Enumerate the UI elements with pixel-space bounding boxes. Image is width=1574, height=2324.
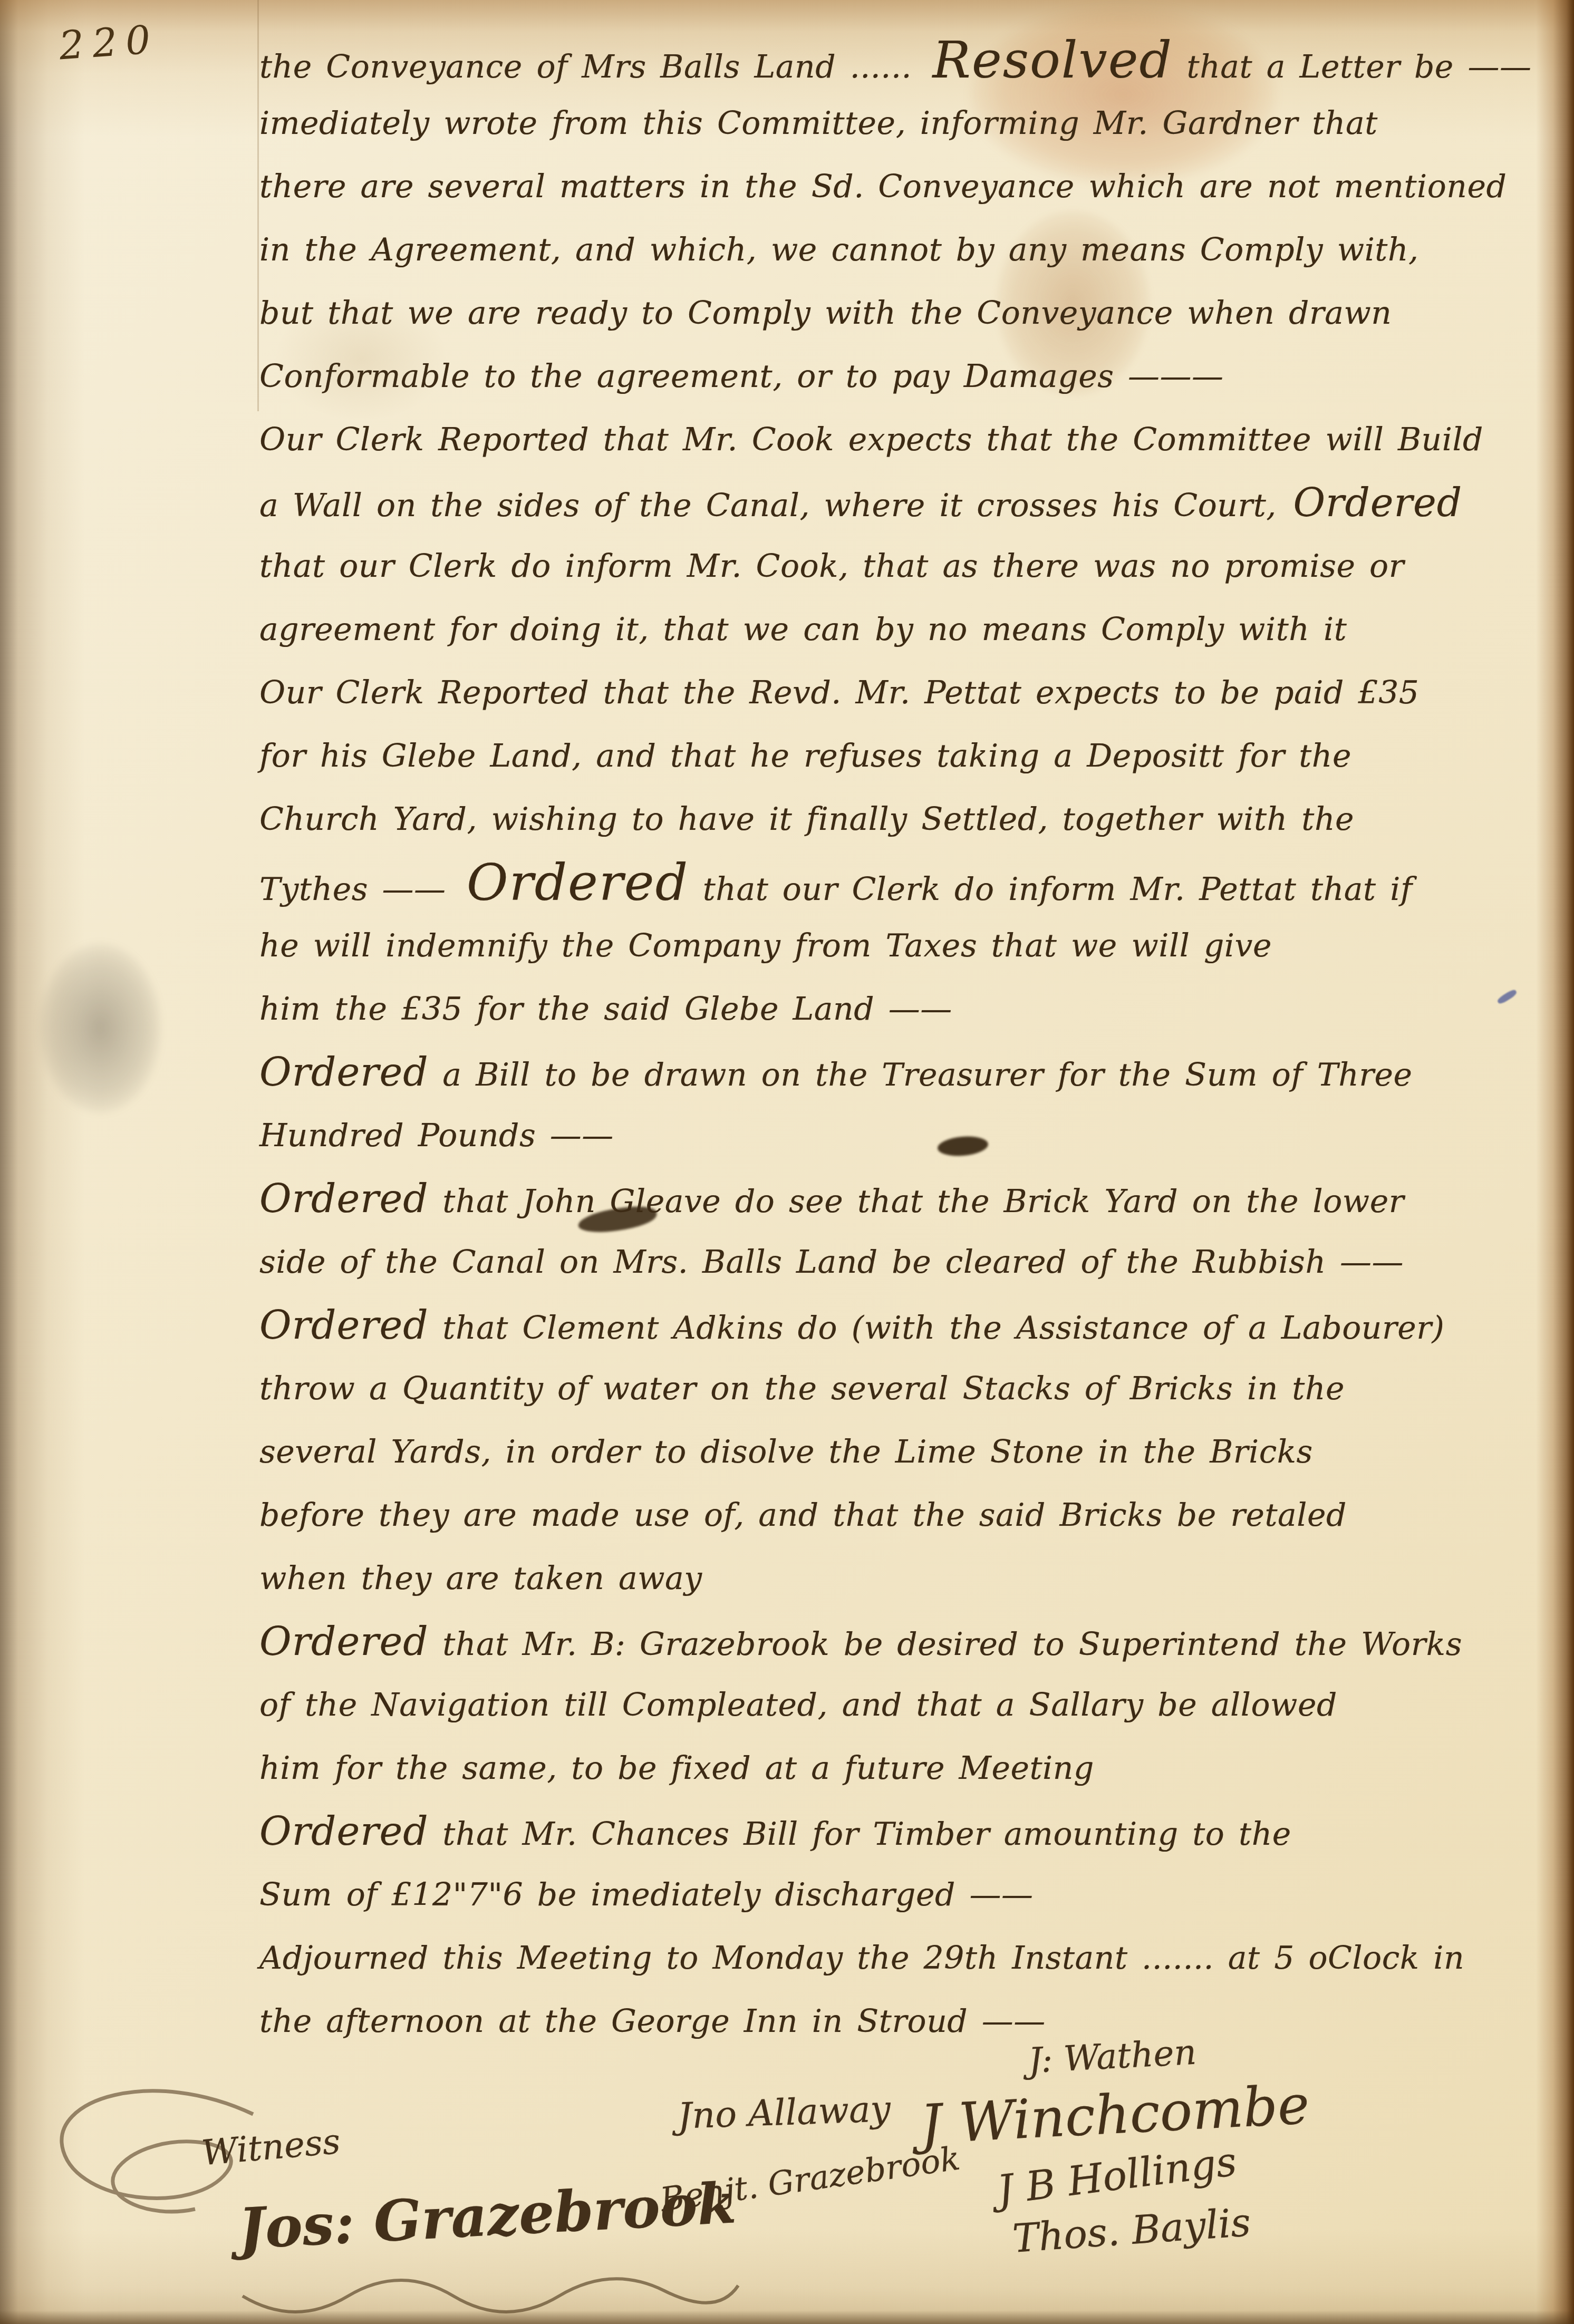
manuscript-line: he will indemnify the Company from Taxes… [259,914,1557,977]
line-text: Church Yard, wishing to have it finally … [259,801,1354,838]
manuscript-line: Tythes —— Ordered that our Clerk do info… [259,851,1557,914]
manuscript-line: but that we are ready to Comply with the… [259,282,1557,345]
line-text: Our Clerk Reported that Mr. Cook expects… [259,421,1483,458]
line-text: several Yards, in order to disolve the L… [259,1434,1313,1470]
emphasized-word: Ordered [259,1809,429,1854]
line-text: agreement for doing it, that we can by n… [259,611,1347,648]
manuscript-line: imediately wrote from this Committee, in… [259,92,1557,155]
line-text: the Conveyance of Mrs Balls Land ...... [259,49,912,85]
manuscript-line: for his Glebe Land, and that he refuses … [259,724,1557,788]
signature-allaway: Jno Allaway [677,2088,891,2137]
manuscript-line: before they are made use of, and that th… [259,1484,1557,1547]
line-text: that our Clerk do inform Mr. Pettat that… [689,871,1413,908]
line-text: a Wall on the sides of the Canal, where … [259,487,1277,524]
manuscript-line: Church Yard, wishing to have it finally … [259,788,1557,851]
manuscript-line: the afternoon at the George Inn in Strou… [259,1990,1557,2053]
line-text: the afternoon at the George Inn in Strou… [259,2003,1046,2040]
manuscript-line: Ordered that Mr. Chances Bill for Timber… [259,1800,1557,1863]
line-text: side of the Canal on Mrs. Balls Land be … [259,1244,1404,1281]
line-text: that Mr. B: Grazebrook be desired to Sup… [429,1626,1462,1663]
manuscript-line: of the Navigation till Compleated, and t… [259,1673,1557,1737]
line-text: but that we are ready to Comply with the… [259,295,1392,332]
manuscript-line: him for the same, to be fixed at a futur… [259,1737,1557,1800]
line-text: Sum of £12"7"6 be imediately discharged … [259,1876,1033,1913]
manuscript-line: a Wall on the sides of the Canal, where … [259,471,1557,535]
line-text: throw a Quantity of water on the several… [259,1370,1345,1407]
page-edge-bottom [0,2310,1574,2324]
paper-stain [40,944,161,1112]
signature-benj-grazebrook: Benjt. Grazebrook [658,2138,962,2219]
page-number: 220 [57,17,160,69]
emphasized-word: Ordered [259,1050,429,1095]
emphasized-word: Ordered [446,853,689,912]
emphasized-word: Ordered [259,1176,429,1222]
line-text: him for the same, to be fixed at a futur… [259,1750,1094,1787]
line-text: when they are taken away [259,1560,702,1597]
line-text: of the Navigation till Compleated, and t… [259,1687,1337,1723]
manuscript-line: agreement for doing it, that we can by n… [259,598,1557,661]
signature-wathen: J: Wathen [1027,2032,1198,2081]
margin-rule [257,0,259,411]
manuscript-line: Ordered that Clement Adkins do (with the… [259,1294,1557,1357]
manuscript-line: there are several matters in the Sd. Con… [259,155,1557,218]
line-text: there are several matters in the Sd. Con… [259,168,1507,205]
manuscript-line: several Yards, in order to disolve the L… [259,1420,1557,1484]
manuscript-line: Hundred Pounds —— [259,1104,1557,1167]
line-text: Tythes —— [259,871,446,908]
line-text: before they are made use of, and that th… [259,1497,1347,1534]
manuscript-line: Ordered a Bill to be drawn on the Treasu… [259,1041,1557,1104]
emphasized-word: Resolved [912,31,1173,90]
manuscript-line: Sum of £12"7"6 be imediately discharged … [259,1863,1557,1926]
emphasized-word: Ordered [1277,480,1462,526]
manuscript-line: Ordered that John Gleave do see that the… [259,1167,1557,1231]
emphasized-word: Ordered [259,1619,429,1664]
line-text: that Mr. Chances Bill for Timber amounti… [429,1816,1291,1853]
signature-baylis: Thos. Baylis [1011,2200,1252,2261]
manuscript-line: the Conveyance of Mrs Balls Land ...... … [259,28,1557,92]
manuscript-line: Our Clerk Reported that the Revd. Mr. Pe… [259,661,1557,724]
manuscript-line: Ordered that Mr. B: Grazebrook be desire… [259,1610,1557,1673]
line-text: that a Letter be —— [1173,49,1531,85]
manuscript-line: side of the Canal on Mrs. Balls Land be … [259,1231,1557,1294]
manuscript-line: when they are taken away [259,1547,1557,1610]
manuscript-line: in the Agreement, and which, we cannot b… [259,218,1557,282]
line-text: that our Clerk do inform Mr. Cook, that … [259,548,1404,585]
manuscript-page: 220 the Conveyance of Mrs Balls Land ...… [0,0,1574,2324]
signature-winchcombe: J Winchcombe [919,2074,1311,2156]
line-text: him the £35 for the said Glebe Land —— [259,991,952,1028]
manuscript-line: Adjourned this Meeting to Monday the 29t… [259,1926,1557,1990]
line-text: in the Agreement, and which, we cannot b… [259,231,1419,268]
line-text: Hundred Pounds —— [259,1117,614,1154]
line-text: that Clement Adkins do (with the Assista… [429,1310,1445,1347]
line-text: imediately wrote from this Committee, in… [259,105,1378,142]
line-text: Our Clerk Reported that the Revd. Mr. Pe… [259,674,1420,711]
manuscript-line: that our Clerk do inform Mr. Cook, that … [259,535,1557,598]
line-text: Conformable to the agreement, or to pay … [259,358,1224,395]
line-text: he will indemnify the Company from Taxes… [259,927,1272,964]
line-text: Adjourned this Meeting to Monday the 29t… [259,1940,1464,1977]
line-text: for his Glebe Land, and that he refuses … [259,738,1351,774]
manuscript-line: throw a Quantity of water on the several… [259,1357,1557,1420]
manuscript-text: the Conveyance of Mrs Balls Land ...... … [259,28,1557,2053]
manuscript-line: Our Clerk Reported that Mr. Cook expects… [259,408,1557,471]
line-text: that John Gleave do see that the Brick Y… [429,1183,1404,1220]
signature-flourish [237,2267,743,2320]
manuscript-line: Conformable to the agreement, or to pay … [259,345,1557,408]
manuscript-line: him the £35 for the said Glebe Land —— [259,977,1557,1041]
emphasized-word: Ordered [259,1303,429,1348]
line-text: a Bill to be drawn on the Treasurer for … [429,1057,1413,1093]
